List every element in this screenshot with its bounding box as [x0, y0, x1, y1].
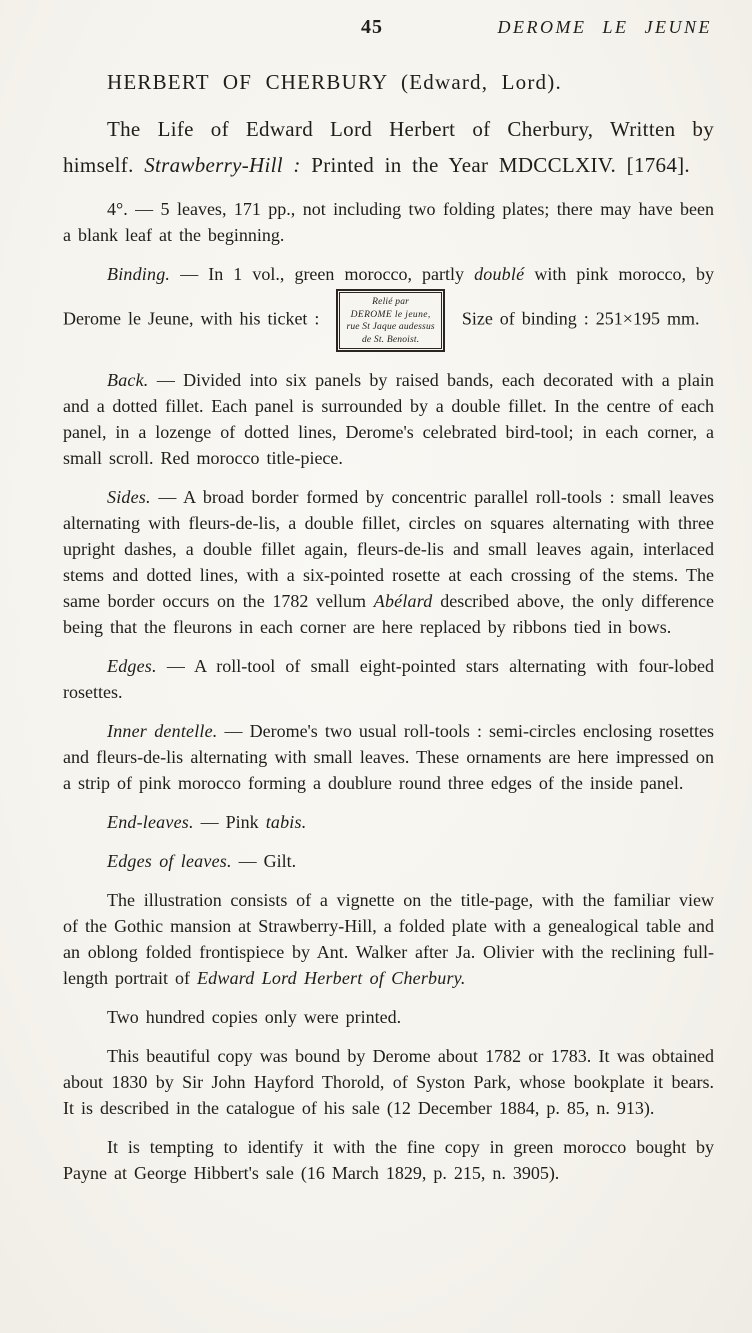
ticket-line-1: Relié par	[346, 296, 434, 309]
inner-dentelle-paragraph: Inner dentelle. — Derome's two usual rol…	[63, 718, 714, 796]
illustration-paragraph: The illustration consists of a vignette …	[63, 887, 714, 991]
running-title: DEROME LE JEUNE	[498, 17, 712, 38]
binder-ticket-inner: Relié parDEROME le jeune,rue St Jaque au…	[339, 292, 441, 349]
book-page: 45 DEROME LE JEUNE HERBERT OF CHERBURY (…	[0, 0, 752, 1333]
page-header: 45 DEROME LE JEUNE	[63, 14, 714, 44]
edges-of-leaves-paragraph: Edges of leaves. — Gilt.	[63, 848, 714, 874]
end-leaves-label: End-leaves.	[107, 812, 194, 832]
inner-dentelle-label: Inner dentelle.	[107, 721, 218, 741]
sides-paragraph: Sides. — A broad border formed by concen…	[63, 484, 714, 640]
edges-paragraph: Edges. — A roll-tool of small eight-poin…	[63, 653, 714, 705]
sides-label: Sides.	[107, 487, 151, 507]
binding-label: Binding.	[107, 264, 170, 284]
entry-heading: HERBERT OF CHERBURY (Edward, Lord).	[107, 70, 714, 95]
back-label: Back.	[107, 370, 148, 390]
back-text: — Divided into six panels by raised band…	[63, 370, 714, 468]
binder-ticket: Relié parDEROME le jeune,rue St Jaque au…	[336, 289, 444, 352]
edges-text: — A roll-tool of small eight-pointed sta…	[63, 656, 714, 702]
illustration-title-italic: Edward Lord Herbert of Cherbury.	[197, 968, 466, 988]
title-paragraph: The Life of Edward Lord Herbert of Cherb…	[63, 111, 714, 183]
title-text-2: Printed in the Year MDCCLXIV. [1764].	[311, 153, 690, 177]
double-italic: doublé	[474, 264, 524, 284]
page-number: 45	[361, 16, 383, 39]
binding-paragraph: Binding. — In 1 vol., green morocco, par…	[63, 261, 714, 354]
binding-text-3: Size of binding : 251×195 mm.	[462, 309, 700, 329]
ticket-line-2: DEROME le jeune,	[346, 309, 434, 322]
collation-paragraph: 4°. — 5 leaves, 171 pp., not including t…	[63, 196, 714, 248]
provenance-paragraph: This beautiful copy was bound by Derome …	[63, 1043, 714, 1121]
identification-paragraph: It is tempting to identify it with the f…	[63, 1134, 714, 1186]
ticket-line-4: de St. Benoist.	[346, 334, 434, 347]
end-leaves-paragraph: End-leaves. — Pink tabis.	[63, 809, 714, 835]
copies-paragraph: Two hundred copies only were printed.	[63, 1004, 714, 1030]
edges-of-leaves-text: — Gilt.	[239, 851, 297, 871]
edges-of-leaves-label: Edges of leaves.	[107, 851, 232, 871]
ticket-line-3: rue St Jaque audessus	[346, 321, 434, 334]
end-leaves-text: — Pink	[201, 812, 259, 832]
tabis-italic: tabis.	[266, 812, 307, 832]
binding-text-1: — In 1 vol., green morocco, partly	[180, 264, 464, 284]
back-paragraph: Back. — Divided into six panels by raise…	[63, 367, 714, 471]
abelard-italic: Abélard	[374, 591, 433, 611]
edges-label: Edges.	[107, 656, 157, 676]
imprint-italic: Strawberry-Hill :	[144, 153, 301, 177]
